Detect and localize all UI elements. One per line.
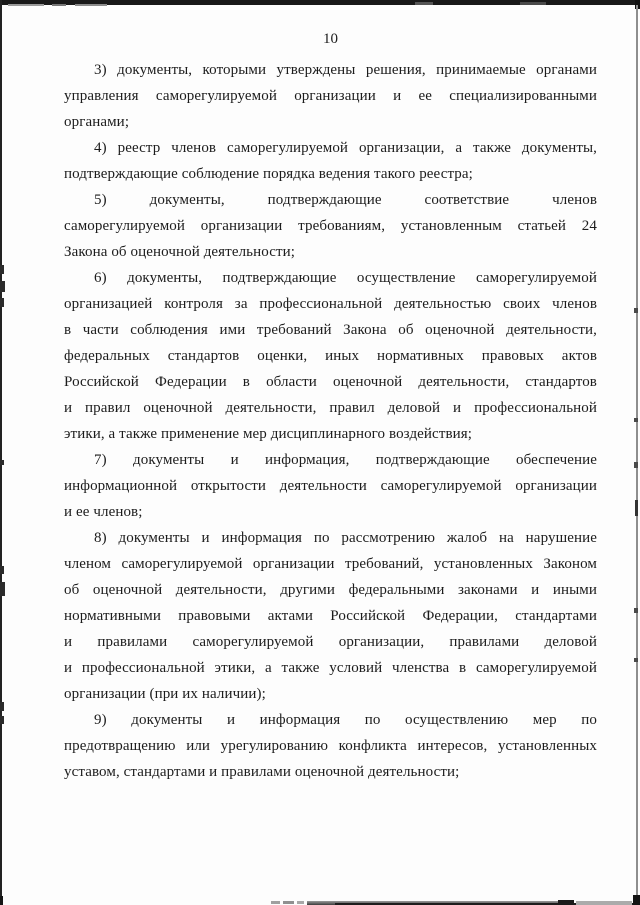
paragraph-1: 3) документы, которыми утверждены решени…	[64, 57, 597, 135]
text-line: 3) документы, которыми утверждены решени…	[64, 57, 597, 83]
text-line: 7) документы и информация, подтверждающи…	[64, 447, 597, 473]
scan-mark	[634, 658, 638, 662]
scan-mark	[75, 4, 107, 6]
scan-mark	[633, 895, 640, 905]
text-line: 4) реестр членов саморегулируемой органи…	[64, 135, 597, 161]
text-line: 9) документы и информация по осуществлен…	[64, 707, 597, 733]
text-line: 8) документы и информация по рассмотрени…	[64, 525, 597, 551]
scan-mark	[0, 702, 4, 711]
text-line: и правилами саморегулируемой организации…	[64, 629, 597, 655]
scanned-page: 10 3) документы, которыми утверждены реш…	[0, 0, 640, 905]
text-line: этики, а также применение мер дисциплина…	[64, 421, 597, 447]
paragraph-3: 5) документы, подтверждающие соответстви…	[64, 187, 597, 265]
scan-mark	[0, 265, 4, 274]
text-line: федеральных стандартов оценки, иных норм…	[64, 343, 597, 369]
paragraph-2: 4) реестр членов саморегулируемой органи…	[64, 135, 597, 187]
paragraph-5: 7) документы и информация, подтверждающи…	[64, 447, 597, 525]
text-line: Российской Федерации в области оценочной…	[64, 369, 597, 395]
scan-mark	[0, 298, 4, 307]
scan-artifact-left-edge	[0, 0, 2, 905]
scan-artifact-right-edge	[636, 5, 638, 901]
text-line: членом саморегулируемой организации треб…	[64, 551, 597, 577]
text-line: подтверждающие соблюдение порядка ведени…	[64, 161, 597, 187]
text-line: уставом, стандартами и правилами оценочн…	[64, 759, 597, 785]
scan-mark	[634, 462, 638, 468]
scan-mark	[271, 901, 280, 904]
text-line: в части соблюдения ими требований Закона…	[64, 317, 597, 343]
text-line: предотвращению или урегулированию конфли…	[64, 733, 597, 759]
scan-mark	[52, 4, 66, 6]
text-line: 6) документы, подтверждающие осуществлен…	[64, 265, 597, 291]
scan-mark	[634, 418, 638, 422]
text-line: организации (при их наличии);	[64, 681, 597, 707]
text-line: об оценочной деятельности, другими федер…	[64, 577, 597, 603]
text-line: информационной открытости деятельности с…	[64, 473, 597, 499]
text-line: 5) документы, подтверждающие соответстви…	[64, 187, 597, 213]
scan-mark	[0, 716, 4, 724]
text-line: органами;	[64, 109, 597, 135]
scan-mark	[634, 308, 638, 313]
scan-mark	[576, 901, 632, 905]
paragraph-4: 6) документы, подтверждающие осуществлен…	[64, 265, 597, 447]
text-line: и правил оценочной деятельности, правил …	[64, 395, 597, 421]
page-number: 10	[64, 30, 597, 48]
scan-mark	[635, 500, 638, 516]
scan-mark	[0, 896, 3, 905]
scan-mark	[415, 2, 433, 5]
scan-mark	[8, 4, 44, 6]
text-line: Закона об оценочной деятельности;	[64, 239, 597, 265]
scan-mark	[0, 281, 5, 292]
paragraph-6: 8) документы и информация по рассмотрени…	[64, 525, 597, 707]
scan-mark	[297, 901, 304, 904]
text-line: и профессиональной этики, а также услови…	[64, 655, 597, 681]
text-line: управления саморегулируемой организации …	[64, 83, 597, 109]
scan-mark	[520, 2, 546, 5]
scan-mark	[0, 566, 4, 574]
document-body: 3) документы, которыми утверждены решени…	[64, 57, 597, 785]
scan-mark	[0, 460, 4, 465]
scan-mark	[558, 900, 574, 905]
text-line: нормативными правовыми актами Российской…	[64, 603, 597, 629]
text-line: саморегулируемой организации требованиям…	[64, 213, 597, 239]
scan-mark	[634, 608, 638, 613]
scan-mark	[0, 582, 5, 596]
paragraph-7: 9) документы и информация по осуществлен…	[64, 707, 597, 785]
scan-mark	[283, 901, 294, 904]
text-line: и ее членов;	[64, 499, 597, 525]
text-line: организацией контроля за профессионально…	[64, 291, 597, 317]
